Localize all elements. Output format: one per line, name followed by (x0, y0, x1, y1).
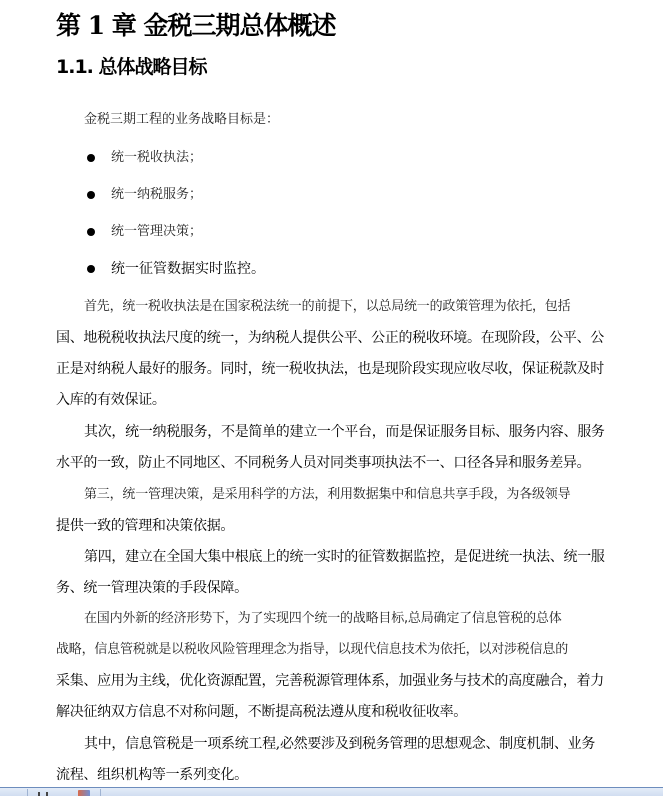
text-line: 水平的一致，防止不同地区、不同税务人员对同类事项执法不一、口径各异和服务差异。 (56, 454, 586, 485)
paragraph-fourth: 第四，建立在全国大集中根底上的统一实时的征管数据监控，是促进统一执法、统一服 务… (56, 548, 586, 610)
text-line: 国、地税税收执法尺度的统一，为纳税人提供公平、公正的税收环境。在现阶段，公平、公 (56, 329, 586, 360)
text-line: 第三，统一管理决策，是采用科学的方法，利用数据集中和信息共享手段，为各级领导 (56, 486, 586, 517)
list-item-text: 统一管理决策； (111, 220, 202, 244)
text-line: 战略，信息管税就是以税收风险管理理念为指导，以现代信息技术为依托，以对涉税信息的 (56, 641, 586, 672)
paragraph-strategy: 在国内外新的经济形势下，为了实现四个统一的战略目标,总局确定了信息管税的总体 战… (56, 610, 586, 734)
section-title: 1.1. 总体战略目标 (56, 54, 207, 80)
paragraph-third: 第三，统一管理决策，是采用科学的方法，利用数据集中和信息共享手段，为各级领导 提… (56, 486, 586, 548)
document-page: 第 1 章 金税三期总体概述 1.1. 总体战略目标 金税三期工程的业务战略目标… (0, 0, 663, 787)
text-line: 在国内外新的经济形势下，为了实现四个统一的战略目标,总局确定了信息管税的总体 (56, 610, 586, 641)
text-line: 解决征纳双方信息不对称问题，不断提高税法遵从度和税收征收率。 (56, 703, 586, 734)
taskbar-glyph-icon (46, 792, 48, 796)
text-line: 入库的有效保证。 (56, 391, 586, 422)
paragraph-first: 首先，统一税收执法是在国家税法统一的前提下，以总局统一的政策管理为依托，包括 国… (56, 298, 586, 422)
text-line: 首先，统一税收执法是在国家税法统一的前提下，以总局统一的政策管理为依托，包括 (56, 298, 586, 329)
bullet-icon (87, 265, 95, 273)
text-line: 正是对纳税人最好的服务。同时，统一税收执法，也是现阶段实现应收尽收，保证税款及时 (56, 360, 586, 391)
intro-text: 金税三期工程的业务战略目标是： (84, 111, 279, 129)
text-line: 其次，统一纳税服务，不是简单的建立一个平台，而是保证服务目标、服务内容、服务 (56, 423, 586, 454)
text-line: 提供一致的管理和决策依据。 (56, 517, 586, 548)
chapter-title: 第 1 章 金税三期总体概述 (56, 10, 336, 42)
app-icon[interactable] (78, 790, 90, 796)
taskbar-divider (27, 789, 28, 796)
bullet-icon (87, 228, 95, 236)
text-line: 采集、应用为主线，优化资源配置，完善税源管理体系，加强业务与技术的高度融合，着力 (56, 672, 586, 703)
paragraph-second: 其次，统一纳税服务，不是简单的建立一个平台，而是保证服务目标、服务内容、服务 水… (56, 423, 586, 485)
bullet-icon (87, 154, 95, 162)
taskbar (0, 787, 663, 796)
list-item-text: 统一征管数据实时监控。 (111, 257, 265, 281)
taskbar-divider (100, 789, 101, 796)
text-line: 其中，信息管税是一项系统工程,必然要涉及到税务管理的思想观念、制度机制、业务 (56, 735, 586, 766)
taskbar-glyph-icon (38, 792, 40, 796)
bullet-icon (87, 191, 95, 199)
list-item-text: 统一纳税服务； (111, 183, 202, 207)
text-line: 务、统一管理决策的手段保障。 (56, 579, 586, 610)
text-line: 第四，建立在全国大集中根底上的统一实时的征管数据监控，是促进统一执法、统一服 (56, 548, 586, 579)
list-item-text: 统一税收执法； (111, 146, 202, 170)
